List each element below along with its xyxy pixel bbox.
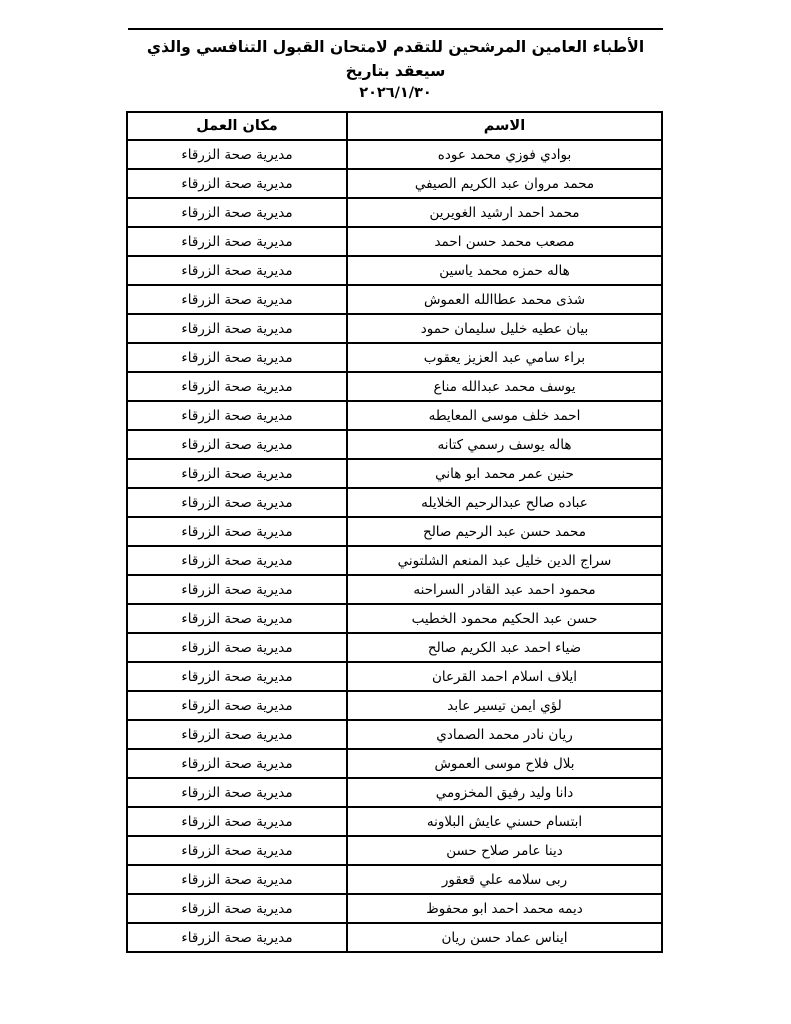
- candidate-name: لؤي ايمن تيسير عابد: [347, 691, 662, 720]
- candidate-name: سراج الدين خليل عبد المنعم الشلتوني: [347, 546, 662, 575]
- workplace: مديرية صحة الزرقاء: [127, 575, 347, 604]
- candidate-name: محمد مروان عبد الكريم الصيفي: [347, 169, 662, 198]
- table-body: بوادي فوزي محمد عودهمديرية صحة الزرقاءمح…: [127, 140, 662, 952]
- document-body: الأطباء العامين المرشحين للتقدم لامتحان …: [128, 0, 663, 953]
- candidate-name: ايناس عماد حسن ريان: [347, 923, 662, 952]
- candidate-name: ربى سلامه علي قعقور: [347, 865, 662, 894]
- candidate-name: هاله يوسف رسمي كتانه: [347, 430, 662, 459]
- workplace: مديرية صحة الزرقاء: [127, 778, 347, 807]
- table-row: محمد مروان عبد الكريم الصيفيمديرية صحة ا…: [127, 169, 662, 198]
- table-row: عباده صالح عبدالرحيم الخلايلهمديرية صحة …: [127, 488, 662, 517]
- table-row: هاله حمزه محمد ياسينمديرية صحة الزرقاء: [127, 256, 662, 285]
- table-row: دينا عامر صلاح حسنمديرية صحة الزرقاء: [127, 836, 662, 865]
- candidate-name: دينا عامر صلاح حسن: [347, 836, 662, 865]
- table-row: ديمه محمد احمد ابو محفوظمديرية صحة الزرق…: [127, 894, 662, 923]
- table-row: بلال فلاح موسى العموشمديرية صحة الزرقاء: [127, 749, 662, 778]
- candidate-name: مصعب محمد حسن احمد: [347, 227, 662, 256]
- workplace: مديرية صحة الزرقاء: [127, 227, 347, 256]
- table-row: حنين عمر محمد ابو هانيمديرية صحة الزرقاء: [127, 459, 662, 488]
- document-date: ٢٠٢٦/١/٣٠: [128, 83, 663, 104]
- workplace: مديرية صحة الزرقاء: [127, 372, 347, 401]
- candidate-name: ريان نادر محمد الصمادي: [347, 720, 662, 749]
- workplace: مديرية صحة الزرقاء: [127, 662, 347, 691]
- workplace: مديرية صحة الزرقاء: [127, 256, 347, 285]
- candidate-name: شذى محمد عطاالله العموش: [347, 285, 662, 314]
- workplace: مديرية صحة الزرقاء: [127, 430, 347, 459]
- workplace: مديرية صحة الزرقاء: [127, 198, 347, 227]
- candidate-name: بيان عطيه خليل سليمان حمود: [347, 314, 662, 343]
- candidate-name: دانا وليد رفيق المخزومي: [347, 778, 662, 807]
- table-row: بيان عطيه خليل سليمان حمودمديرية صحة الز…: [127, 314, 662, 343]
- table-row: ربى سلامه علي قعقورمديرية صحة الزرقاء: [127, 865, 662, 894]
- table-row: دانا وليد رفيق المخزوميمديرية صحة الزرقا…: [127, 778, 662, 807]
- table-row: محمد احمد ارشيد الغويرينمديرية صحة الزرق…: [127, 198, 662, 227]
- workplace: مديرية صحة الزرقاء: [127, 140, 347, 169]
- table-row: مصعب محمد حسن احمدمديرية صحة الزرقاء: [127, 227, 662, 256]
- table-row: ايلاف اسلام احمد القرعانمديرية صحة الزرق…: [127, 662, 662, 691]
- table-row: هاله يوسف رسمي كتانهمديرية صحة الزرقاء: [127, 430, 662, 459]
- workplace: مديرية صحة الزرقاء: [127, 401, 347, 430]
- candidate-name: حسن عبد الحكيم محمود الخطيب: [347, 604, 662, 633]
- table-row: ابتسام حسني عايش البلاونهمديرية صحة الزر…: [127, 807, 662, 836]
- candidate-name: ديمه محمد احمد ابو محفوظ: [347, 894, 662, 923]
- workplace: مديرية صحة الزرقاء: [127, 865, 347, 894]
- table-row: احمد خلف موسى المعايطهمديرية صحة الزرقاء: [127, 401, 662, 430]
- column-header-workplace: مكان العمل: [127, 112, 347, 140]
- workplace: مديرية صحة الزرقاء: [127, 720, 347, 749]
- workplace: مديرية صحة الزرقاء: [127, 604, 347, 633]
- candidate-name: محمود احمد عبد القادر السراحنه: [347, 575, 662, 604]
- candidate-name: محمد احمد ارشيد الغويرين: [347, 198, 662, 227]
- workplace: مديرية صحة الزرقاء: [127, 749, 347, 778]
- document-page: { "header": { "title": "الأطباء العامين …: [0, 0, 791, 1024]
- candidate-name: هاله حمزه محمد ياسين: [347, 256, 662, 285]
- table-row: ضياء احمد عبد الكريم صالحمديرية صحة الزر…: [127, 633, 662, 662]
- document-title: الأطباء العامين المرشحين للتقدم لامتحان …: [128, 35, 663, 83]
- candidate-name: بلال فلاح موسى العموش: [347, 749, 662, 778]
- table-row: بوادي فوزي محمد عودهمديرية صحة الزرقاء: [127, 140, 662, 169]
- workplace: مديرية صحة الزرقاء: [127, 546, 347, 575]
- candidate-name: ضياء احمد عبد الكريم صالح: [347, 633, 662, 662]
- candidate-name: محمد حسن عبد الرحيم صالح: [347, 517, 662, 546]
- workplace: مديرية صحة الزرقاء: [127, 343, 347, 372]
- candidate-name: ايلاف اسلام احمد القرعان: [347, 662, 662, 691]
- candidate-name: احمد خلف موسى المعايطه: [347, 401, 662, 430]
- workplace: مديرية صحة الزرقاء: [127, 285, 347, 314]
- workplace: مديرية صحة الزرقاء: [127, 488, 347, 517]
- candidate-name: براء سامي عبد العزيز يعقوب: [347, 343, 662, 372]
- workplace: مديرية صحة الزرقاء: [127, 923, 347, 952]
- table-row: سراج الدين خليل عبد المنعم الشلتونيمديري…: [127, 546, 662, 575]
- column-header-name: الاسم: [347, 112, 662, 140]
- title-top-rule: [128, 28, 663, 30]
- table-row: شذى محمد عطاالله العموشمديرية صحة الزرقا…: [127, 285, 662, 314]
- candidates-table: الاسم مكان العمل بوادي فوزي محمد عودهمدي…: [126, 111, 663, 953]
- candidate-name: بوادي فوزي محمد عوده: [347, 140, 662, 169]
- table-row: محمود احمد عبد القادر السراحنهمديرية صحة…: [127, 575, 662, 604]
- table-row: ايناس عماد حسن ريانمديرية صحة الزرقاء: [127, 923, 662, 952]
- table-header: الاسم مكان العمل: [127, 112, 662, 140]
- workplace: مديرية صحة الزرقاء: [127, 517, 347, 546]
- table-header-row: الاسم مكان العمل: [127, 112, 662, 140]
- table-row: براء سامي عبد العزيز يعقوبمديرية صحة الز…: [127, 343, 662, 372]
- workplace: مديرية صحة الزرقاء: [127, 894, 347, 923]
- table-row: ريان نادر محمد الصماديمديرية صحة الزرقاء: [127, 720, 662, 749]
- table-row: لؤي ايمن تيسير عابدمديرية صحة الزرقاء: [127, 691, 662, 720]
- workplace: مديرية صحة الزرقاء: [127, 691, 347, 720]
- table-row: حسن عبد الحكيم محمود الخطيبمديرية صحة ال…: [127, 604, 662, 633]
- table-row: يوسف محمد عبدالله مناعمديرية صحة الزرقاء: [127, 372, 662, 401]
- workplace: مديرية صحة الزرقاء: [127, 633, 347, 662]
- candidate-name: حنين عمر محمد ابو هاني: [347, 459, 662, 488]
- workplace: مديرية صحة الزرقاء: [127, 169, 347, 198]
- candidate-name: يوسف محمد عبدالله مناع: [347, 372, 662, 401]
- workplace: مديرية صحة الزرقاء: [127, 459, 347, 488]
- workplace: مديرية صحة الزرقاء: [127, 836, 347, 865]
- workplace: مديرية صحة الزرقاء: [127, 314, 347, 343]
- candidate-name: عباده صالح عبدالرحيم الخلايله: [347, 488, 662, 517]
- workplace: مديرية صحة الزرقاء: [127, 807, 347, 836]
- table-row: محمد حسن عبد الرحيم صالحمديرية صحة الزرق…: [127, 517, 662, 546]
- candidate-name: ابتسام حسني عايش البلاونه: [347, 807, 662, 836]
